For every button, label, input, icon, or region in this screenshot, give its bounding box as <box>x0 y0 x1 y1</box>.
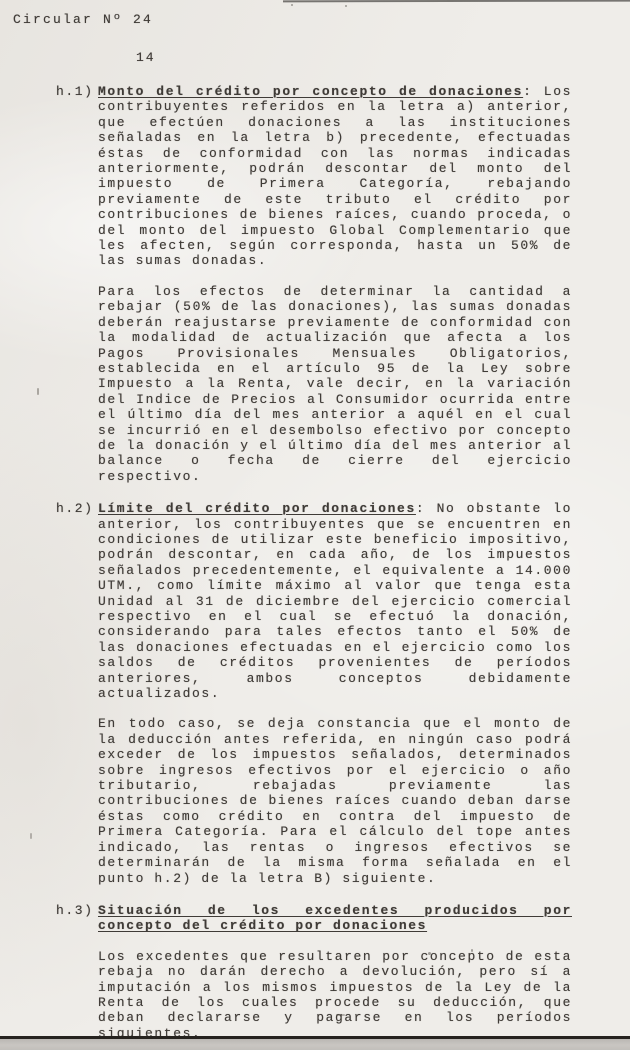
section-heading: Situación de los excedentes producidos p… <box>98 903 572 934</box>
title-separator: : <box>523 84 544 99</box>
section-label: h.3) <box>56 903 94 918</box>
section-title: Monto del crédito por concepto de donaci… <box>98 84 523 99</box>
scan-speck <box>30 833 32 839</box>
section-h1: h.1) Monto del crédito por concepto de d… <box>56 84 572 484</box>
scan-speck <box>336 1014 345 1016</box>
section-h2: h.2) Límite del crédito por donaciones: … <box>56 501 572 886</box>
scan-speck <box>37 388 39 395</box>
title-separator: : <box>416 501 437 516</box>
scanned-page: Circular Nº 24 14 h.1) Monto del crédito… <box>0 0 630 1036</box>
page-number: 14 <box>136 50 156 65</box>
scan-speck <box>471 949 473 952</box>
scan-bottom-band <box>0 1039 630 1050</box>
section-paragraph: Los excedentes que resultaren por concep… <box>98 949 572 1041</box>
section-paragraph: En todo caso, se deja constancia que el … <box>98 716 572 885</box>
section-h3: h.3) Situación de los excedentes produci… <box>56 903 572 1041</box>
section-label: h.2) <box>56 501 94 516</box>
scan-speck <box>345 5 347 7</box>
scan-speck <box>291 4 293 6</box>
circular-number: Circular Nº 24 <box>13 12 153 27</box>
section-title: Situación de los excedentes producidos p… <box>98 903 572 933</box>
section-lead: Los contribuyentes referidos en la letra… <box>98 84 572 268</box>
section-lead-paragraph: Límite del crédito por donaciones: No ob… <box>98 501 572 701</box>
scan-top-edge-artifact <box>283 0 630 2</box>
section-label: h.1) <box>56 84 94 99</box>
section-lead: No obstante lo anterior, los contribuyen… <box>98 501 572 701</box>
scan-speck <box>428 952 431 955</box>
page-content: h.1) Monto del crédito por concepto de d… <box>56 84 572 1041</box>
section-lead-paragraph: Monto del crédito por concepto de donaci… <box>98 84 572 269</box>
section-title: Límite del crédito por donaciones <box>98 501 416 516</box>
section-paragraph: Para los efectos de determinar la cantid… <box>98 284 572 484</box>
